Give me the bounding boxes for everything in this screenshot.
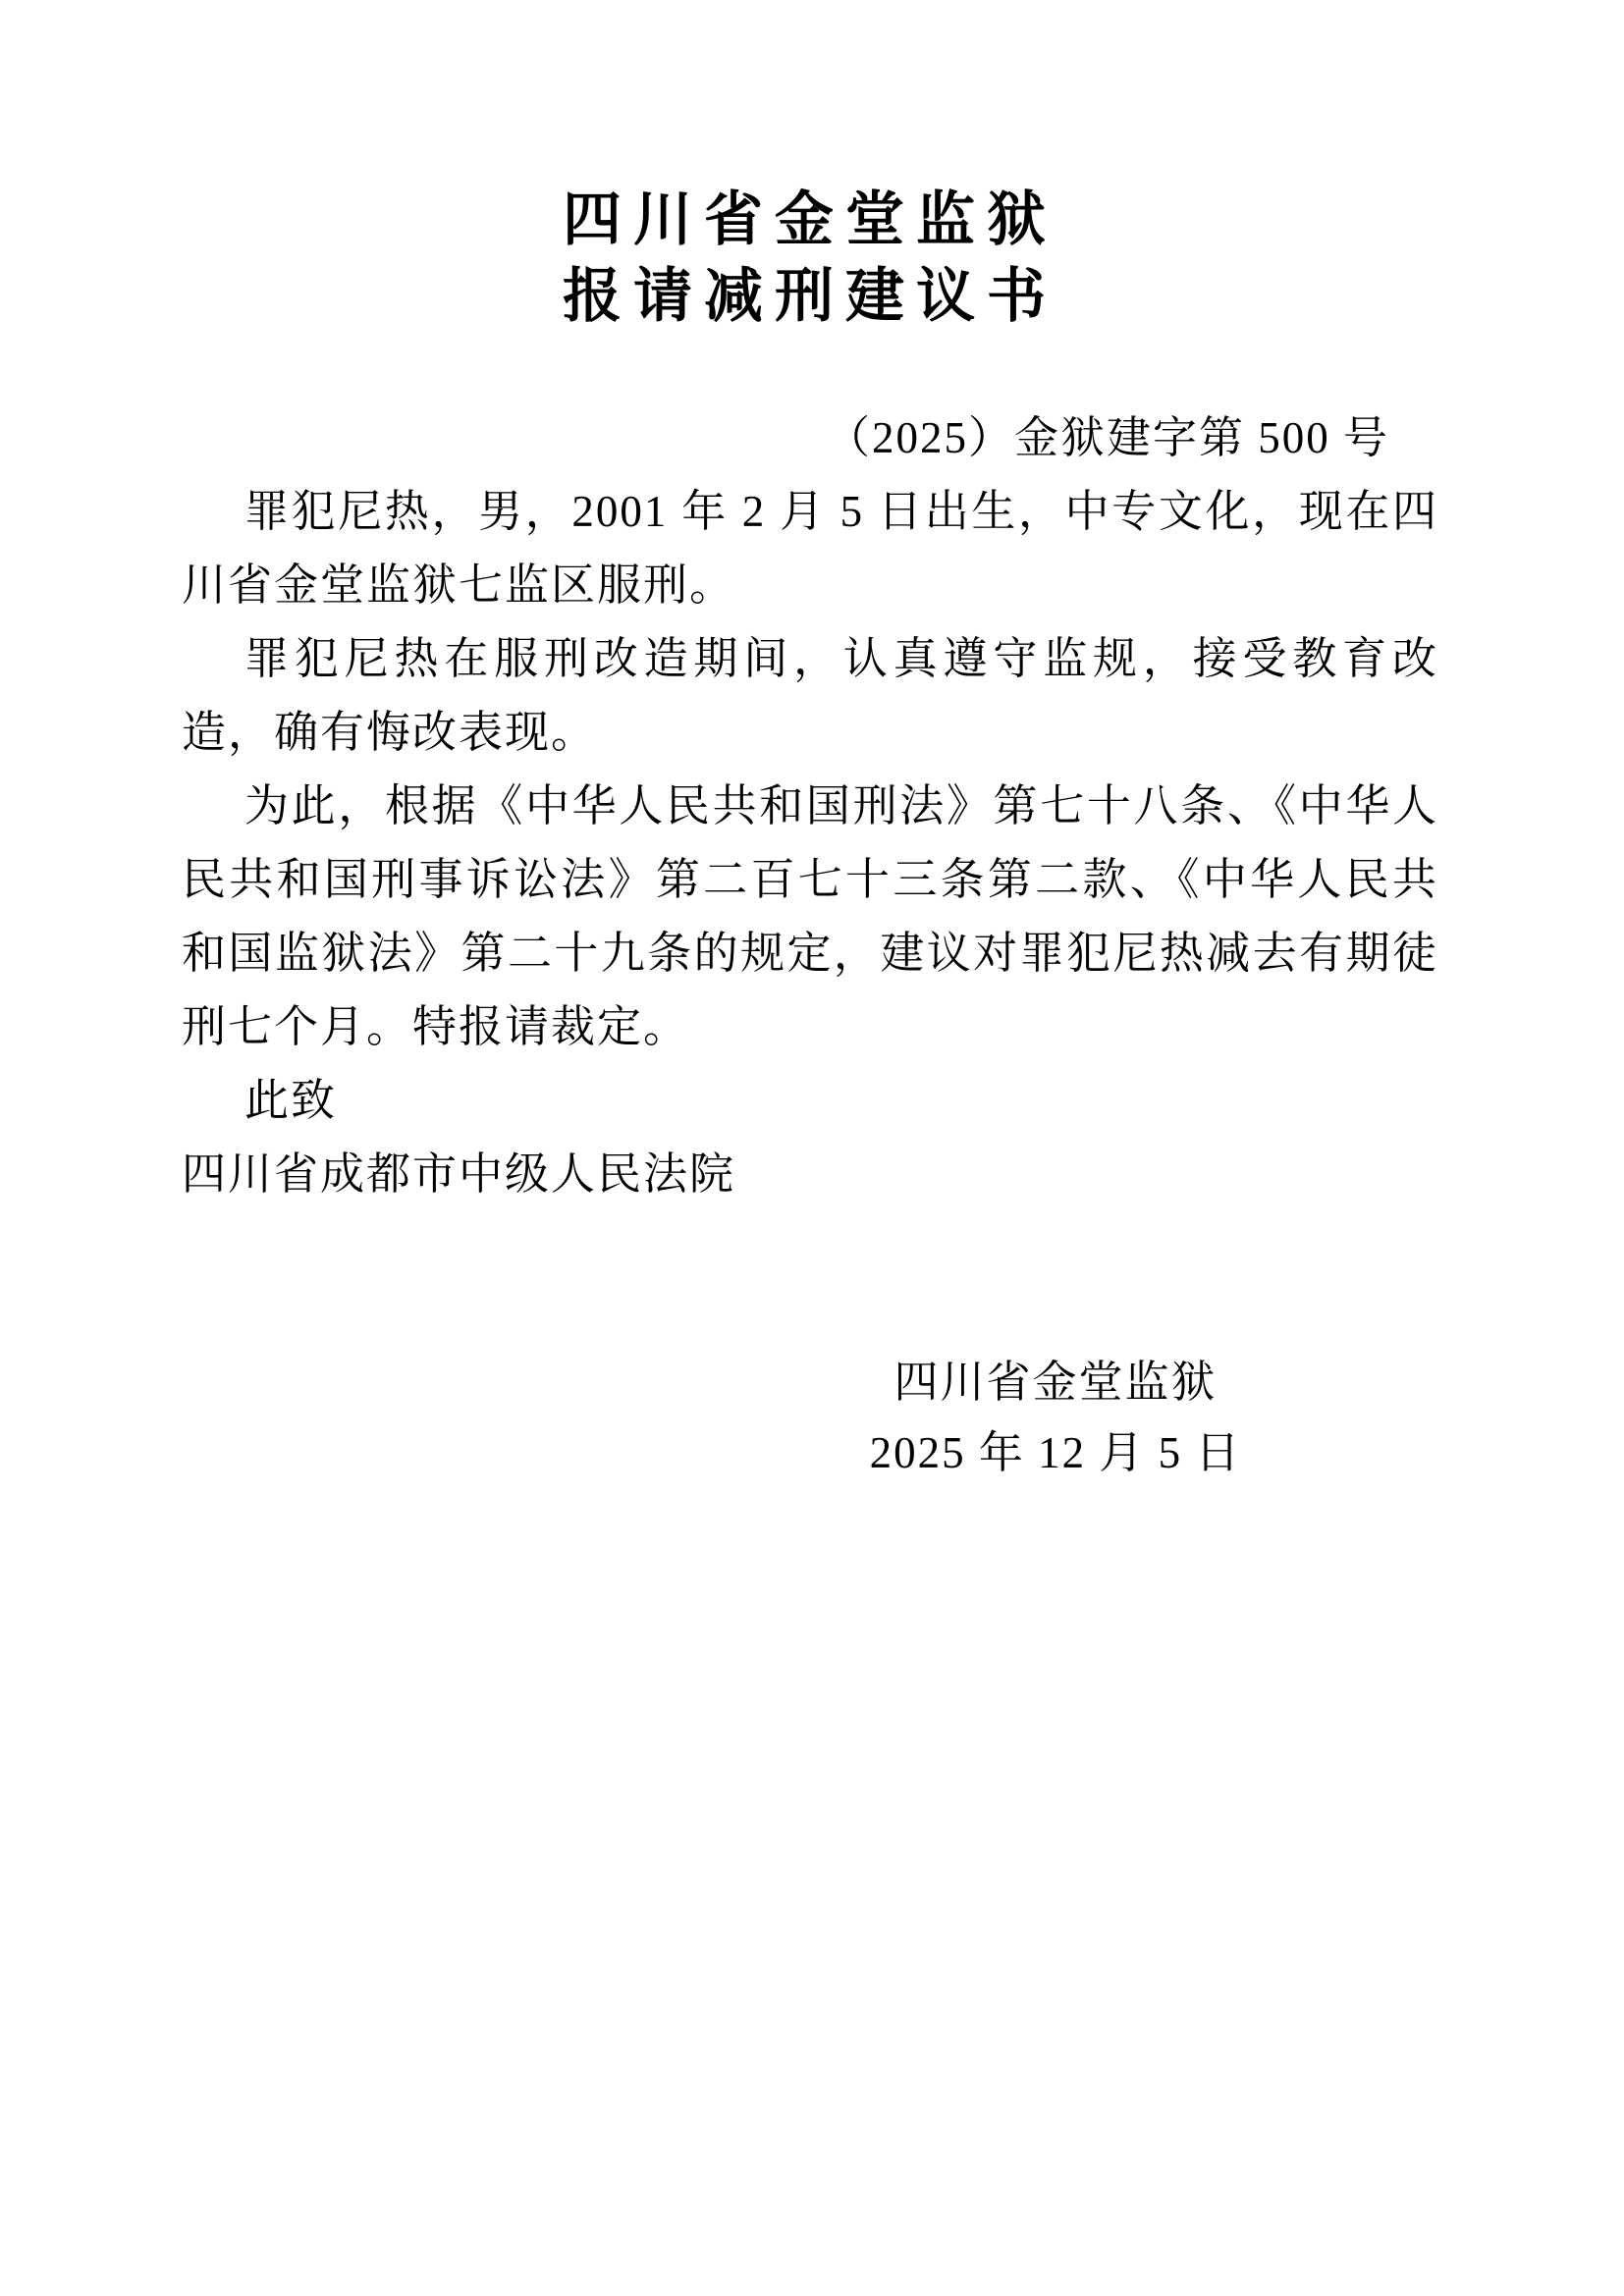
paragraph-offender-info: 罪犯尼热，男，2001 年 2 月 5 日出生，中专文化，现在四川省金堂监狱七监… [182, 475, 1438, 622]
signature-date: 2025 年 12 月 5 日 [673, 1417, 1438, 1488]
paragraph-conduct: 罪犯尼热在服刑改造期间，认真遵守监规，接受教育改造，确有悔改表现。 [182, 622, 1438, 770]
signature-block: 四川省金堂监狱 2025 年 12 月 5 日 [182, 1347, 1438, 1488]
signature-organization: 四川省金堂监狱 [673, 1347, 1438, 1417]
document-title: 四川省金堂监狱 报请减刑建议书 [182, 182, 1438, 335]
document-title-line2: 报请减刑建议书 [182, 258, 1438, 335]
document-page: 四川省金堂监狱 报请减刑建议书 （2025）金狱建字第 500 号 罪犯尼热，男… [0, 0, 1624, 2296]
document-content: 四川省金堂监狱 报请减刑建议书 （2025）金狱建字第 500 号 罪犯尼热，男… [0, 0, 1624, 1488]
document-body: （2025）金狱建字第 500 号 罪犯尼热，男，2001 年 2 月 5 日出… [182, 401, 1438, 1488]
recipient-court: 四川省成都市中级人民法院 [182, 1138, 1438, 1211]
document-title-line1: 四川省金堂监狱 [182, 182, 1438, 258]
salutation: 此致 [182, 1064, 1438, 1138]
document-number: （2025）金狱建字第 500 号 [182, 401, 1438, 475]
paragraph-legal-basis: 为此，根据《中华人民共和国刑法》第七十八条、《中华人民共和国刑事诉讼法》第二百七… [182, 770, 1438, 1064]
